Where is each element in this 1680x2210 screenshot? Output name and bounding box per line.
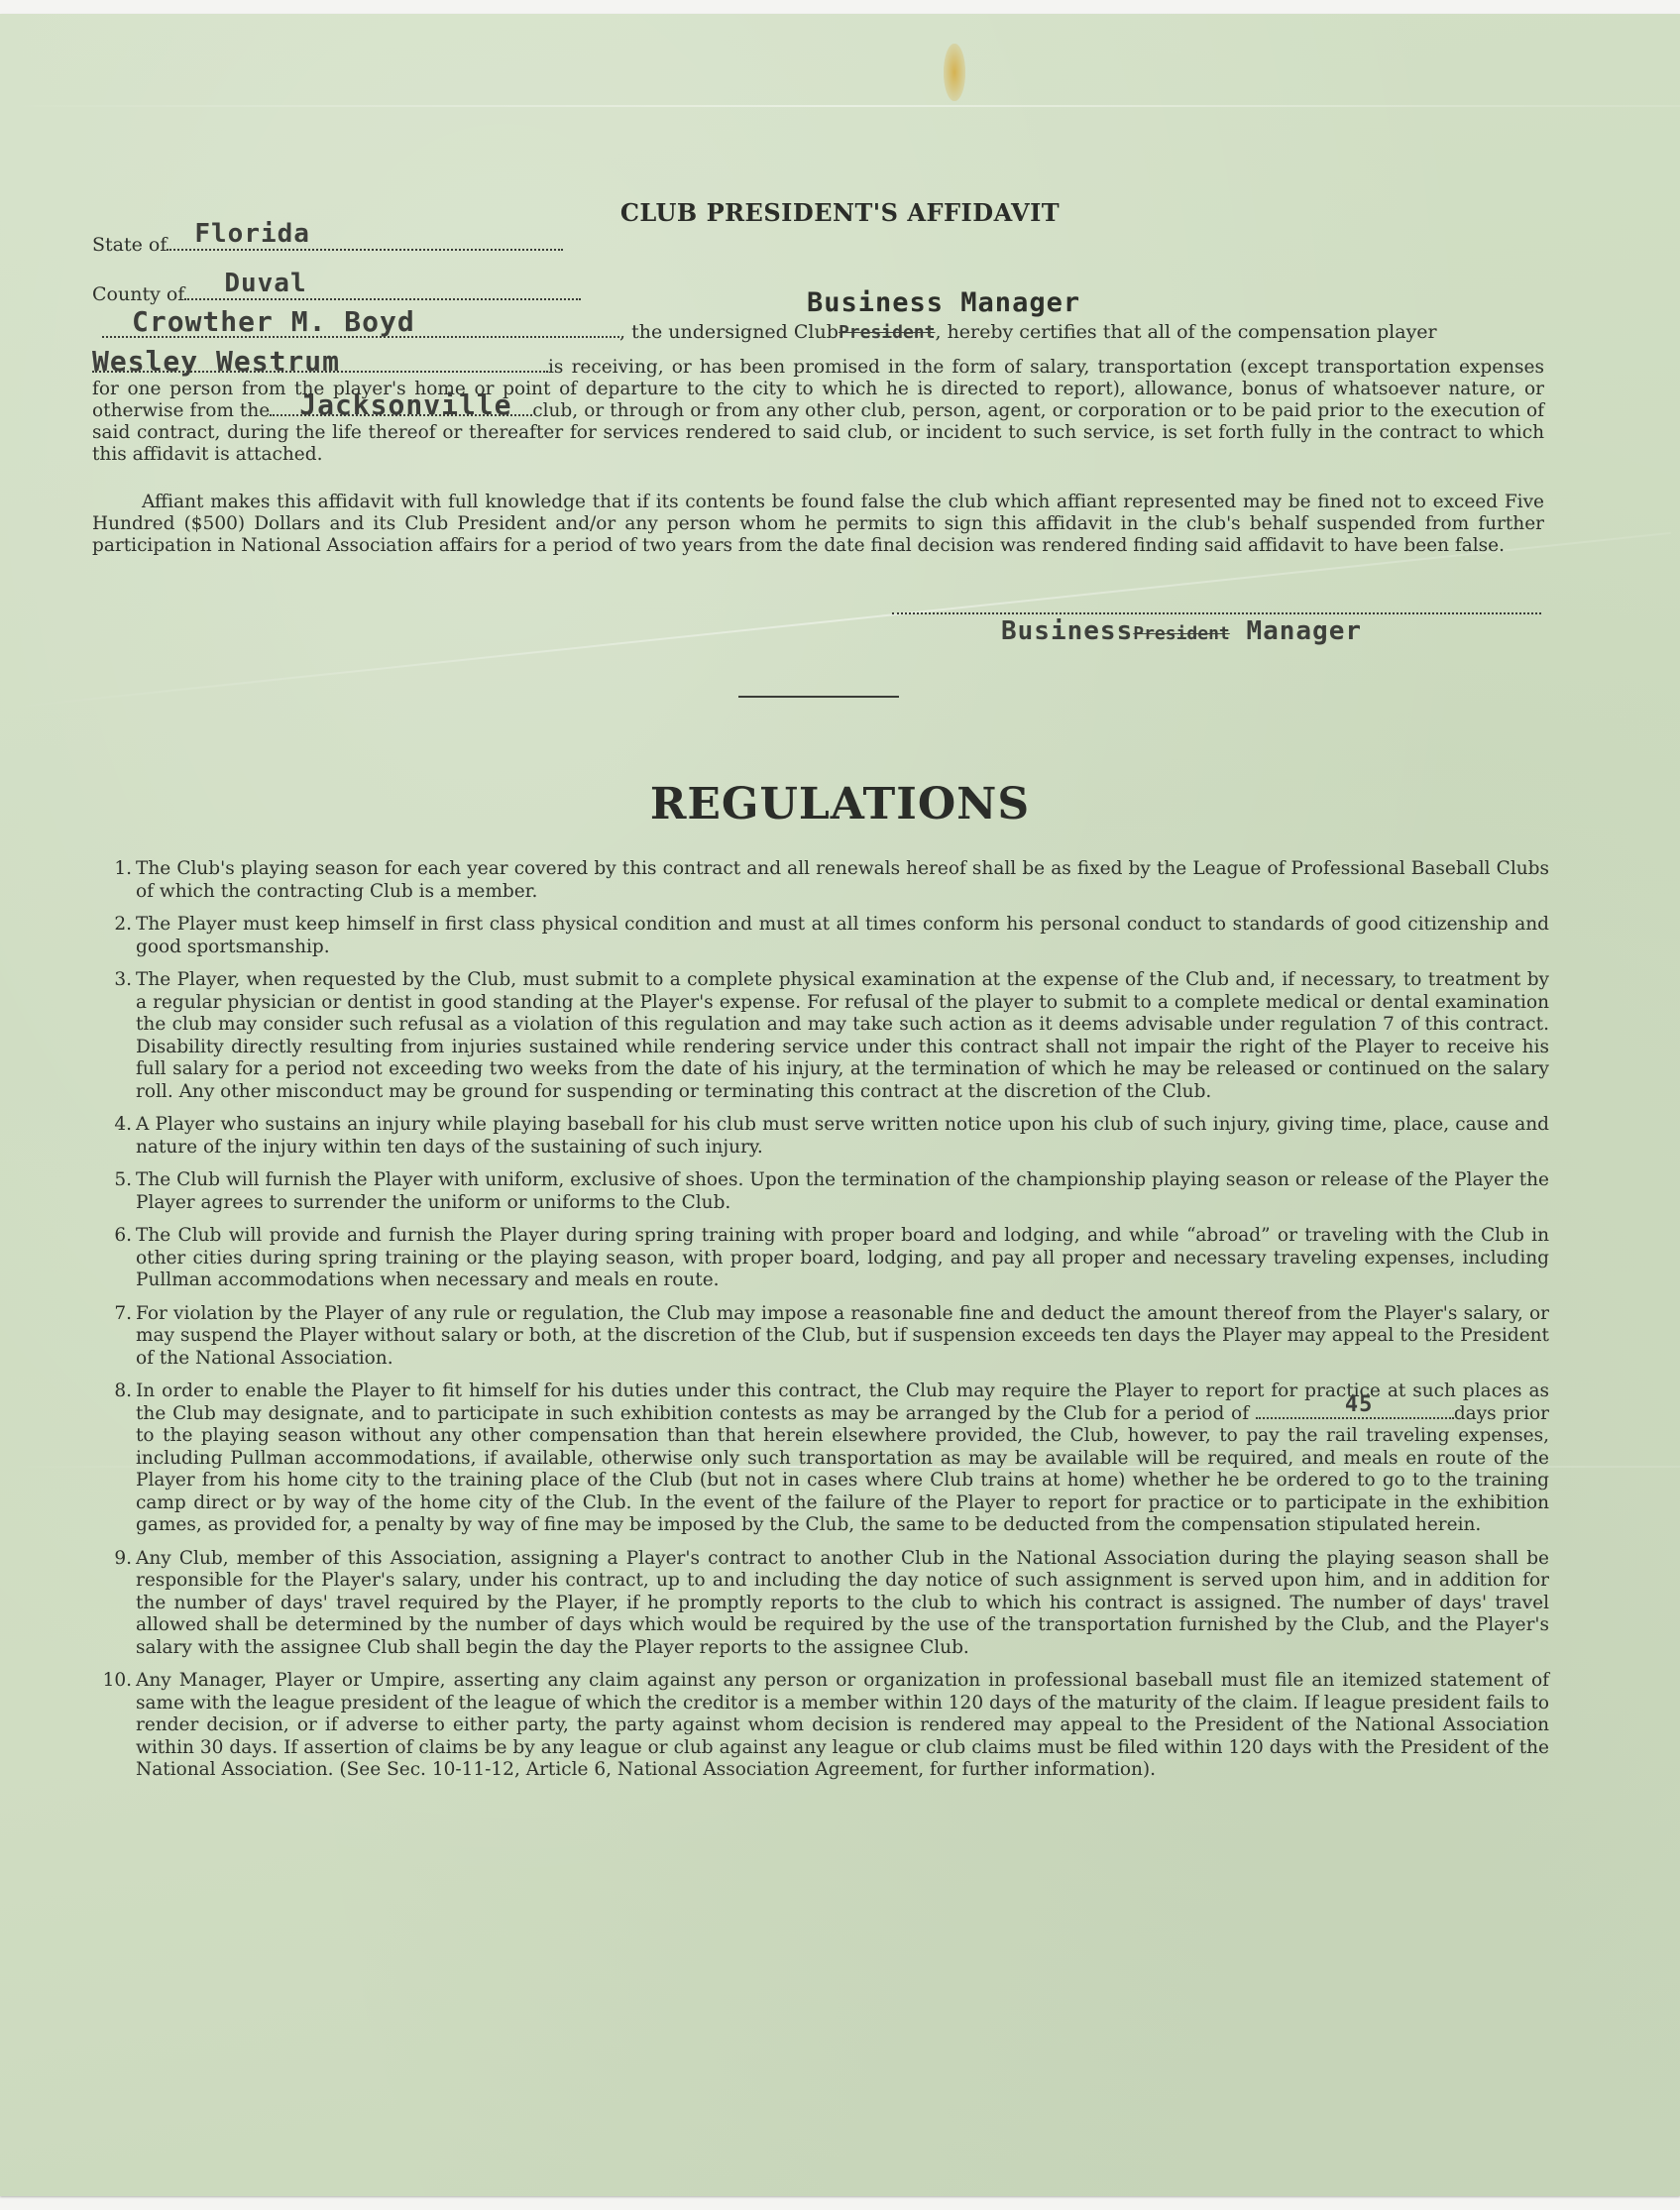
regulation-text: The Club will provide and furnish the Pl…: [136, 1225, 1549, 1290]
paper-fold: [0, 105, 1680, 107]
regulation-text: A Player who sustains an injury while pl…: [136, 1114, 1549, 1158]
state-label: State of: [92, 234, 167, 256]
affiant-title-insert: Business Manager: [807, 287, 1080, 318]
regulation-item: 7. For violation by the Player of any ru…: [92, 1303, 1549, 1371]
regulations-list: 1. The Club's playing season for each ye…: [92, 858, 1549, 1793]
regulation-item: 6. The Club will provide and furnish the…: [92, 1225, 1549, 1292]
signature-title-part-2: Manager: [1246, 616, 1362, 646]
regulation-text: Any Club, member of this Association, as…: [136, 1548, 1549, 1658]
signature-title-part-1: Business: [1001, 616, 1133, 646]
affiant-text: , the undersigned Club: [619, 321, 839, 343]
practice-days-value: 45: [1345, 1394, 1374, 1417]
practice-days-field: 45: [1256, 1403, 1454, 1419]
regulation-number: 4.: [106, 1114, 132, 1137]
regulation-item: 1. The Club's playing season for each ye…: [92, 858, 1549, 903]
county-label: County of: [92, 283, 184, 305]
regulation-number: 6.: [106, 1225, 132, 1248]
regulation-text: The Club will furnish the Player with un…: [136, 1169, 1549, 1213]
struck-word: President: [839, 322, 936, 343]
signature-struck-word: President: [1133, 623, 1230, 644]
regulation-item: 10. Any Manager, Player or Umpire, asser…: [92, 1670, 1549, 1782]
club-name: Jacksonville: [299, 394, 511, 416]
regulation-item: 3. The Player, when requested by the Clu…: [92, 969, 1549, 1103]
regulation-text: The Player, when requested by the Club, …: [136, 969, 1549, 1102]
state-field: State of Florida: [92, 234, 563, 256]
regulation-number: 7.: [106, 1303, 132, 1326]
regulation-number: 5.: [106, 1169, 132, 1192]
regulation-number: 10.: [98, 1670, 132, 1693]
regulation-number: 2.: [106, 914, 132, 937]
paper-crease: [0, 532, 1671, 710]
section-divider: [738, 696, 899, 698]
regulation-text: Any Manager, Player or Umpire, asserting…: [136, 1670, 1549, 1780]
signature-title: BusinessPresident Manager: [1001, 616, 1362, 646]
regulation-number: 8.: [106, 1381, 132, 1403]
regulation-text: The Player must keep himself in first cl…: [136, 914, 1549, 957]
regulation-text: The Club's playing season for each year …: [136, 858, 1549, 902]
regulation-text: For violation by the Player of any rule …: [136, 1303, 1549, 1369]
paper-stain: [944, 44, 965, 101]
affidavit-paragraph-2: Affiant makes this affidavit with full k…: [92, 492, 1544, 557]
regulation-item: 2. The Player must keep himself in first…: [92, 914, 1549, 958]
affiant-line: Crowther M. Boyd , the undersigned Club …: [92, 321, 1544, 343]
county-value: Duval: [224, 269, 306, 298]
regulation-number: 3.: [106, 969, 132, 992]
regulation-item: 4. A Player who sustains an injury while…: [92, 1114, 1549, 1159]
regulation-number: 1.: [106, 858, 132, 881]
affiant-text-2: , hereby certifies that all of the compe…: [935, 321, 1436, 343]
regulations-title: REGULATIONS: [0, 779, 1680, 829]
player-name: Wesley Westrum: [92, 351, 340, 373]
regulation-item: 8. In order to enable the Player to fit …: [92, 1381, 1549, 1537]
state-value: Florida: [194, 219, 310, 249]
affiant-name: Crowther M. Boyd: [132, 305, 415, 338]
regulation-item: 5. The Club will furnish the Player with…: [92, 1169, 1549, 1214]
county-field: County of Duval: [92, 283, 581, 305]
regulation-item: 9. Any Club, member of this Association,…: [92, 1548, 1549, 1660]
signature-line: [892, 612, 1541, 614]
affidavit-paragraph-1: Wesley Westrum is receiving, or has been…: [92, 357, 1544, 466]
regulation-number: 9.: [106, 1548, 132, 1571]
